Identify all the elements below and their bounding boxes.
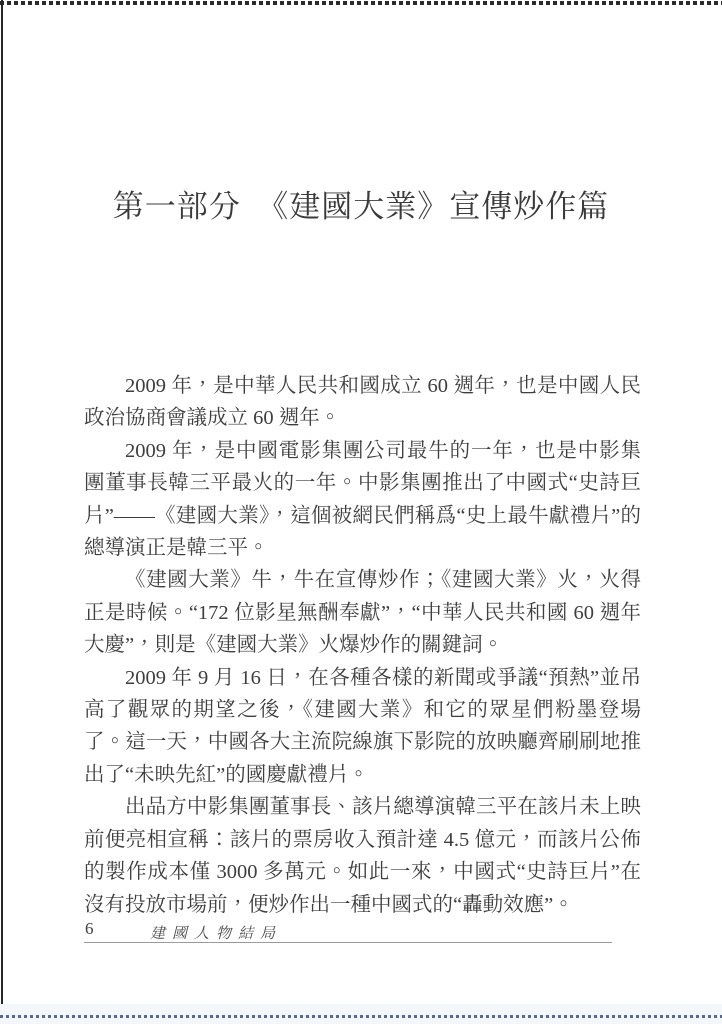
paragraph: 2009 年，是中國電影集團公司最牛的一年，也是中影集團董事長韓三平最火的一年。…	[84, 435, 641, 565]
page-bottom-dotted-line	[0, 1015, 722, 1018]
page-top-edge	[0, 1, 722, 5]
book-page: 第一部分 《建國大業》宣傳炒作篇 2009 年，是中華人民共和國成立 60 週年…	[0, 0, 722, 1024]
footer-running-title: 建國人物結局	[150, 922, 282, 943]
paragraph: 2009 年 9 月 16 日，在各種各樣的新聞或爭議“預熱”並吊高了觀眾的期望…	[84, 662, 641, 792]
paragraph: 出品方中影集團董事長、該片總導演韓三平在該片未上映前便亮相宣稱：該片的票房收入預…	[84, 791, 641, 921]
footer-rule	[84, 942, 612, 943]
page-bottom-edge	[0, 1004, 722, 1024]
paragraph: 《建國大業》牛，牛在宣傳炒作；《建國大業》火，火得正是時候。“172 位影星無酬…	[84, 564, 641, 661]
paragraph: 2009 年，是中華人民共和國成立 60 週年，也是中國人民政治協商會議成立 6…	[84, 370, 641, 435]
body-text: 2009 年，是中華人民共和國成立 60 週年，也是中國人民政治協商會議成立 6…	[84, 370, 641, 921]
footer-page-number: 6	[85, 919, 94, 939]
page-left-edge	[1, 0, 3, 1016]
section-title: 第一部分 《建國大業》宣傳炒作篇	[0, 181, 722, 226]
